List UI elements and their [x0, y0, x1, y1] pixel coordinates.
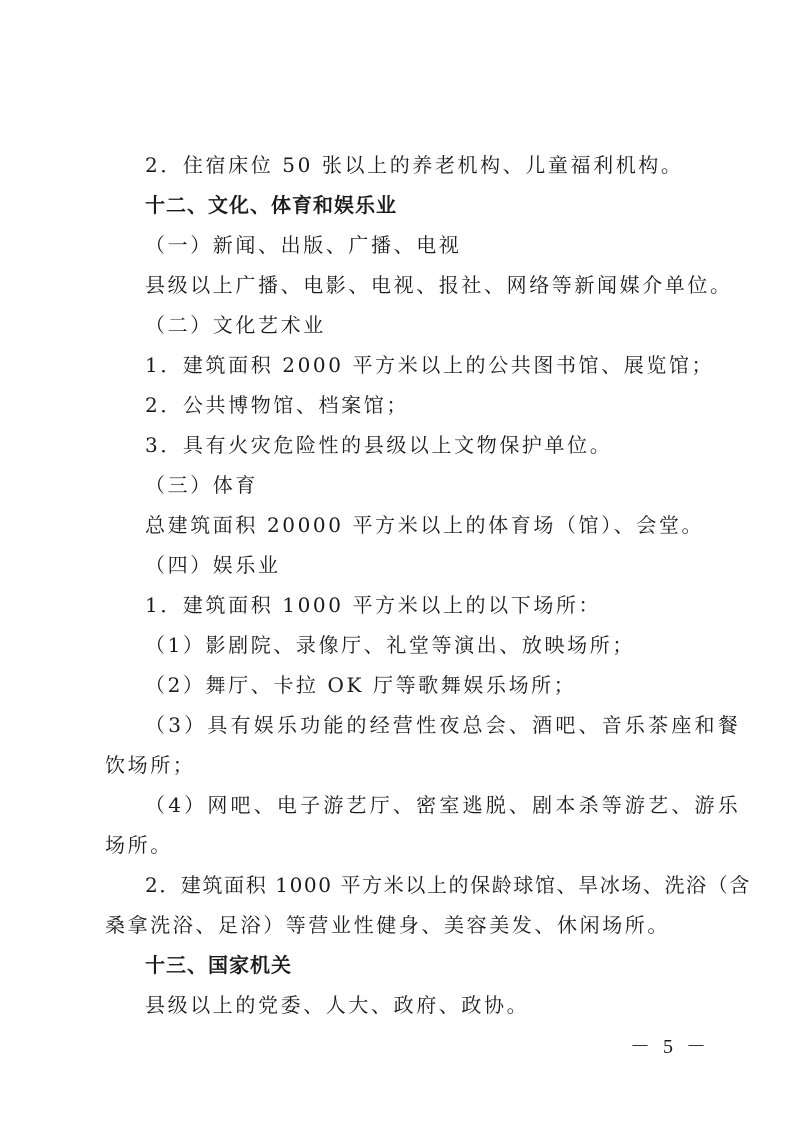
- paragraph: 县级以上广播、电影、电视、报社、网络等新闻媒介单位。: [105, 265, 695, 305]
- list-item: 1．建筑面积 2000 平方米以上的公共图书馆、展览馆；: [105, 345, 695, 385]
- list-item: （2）舞厅、卡拉 OK 厅等歌舞娱乐场所；: [105, 665, 695, 705]
- list-item-continuation: 饮场所；: [105, 745, 695, 785]
- subsection-heading: （三）体育: [105, 465, 695, 505]
- section-heading: 十二、文化、体育和娱乐业: [105, 185, 695, 225]
- page-number: － 5 －: [630, 1030, 710, 1059]
- list-item-continuation: 桑拿洗浴、足浴）等营业性健身、美容美发、休闲场所。: [105, 905, 695, 945]
- list-item: （1）影剧院、录像厅、礼堂等演出、放映场所；: [105, 625, 695, 665]
- list-item: 2．公共博物馆、档案馆；: [105, 385, 695, 425]
- list-item-continuation: 场所。: [105, 825, 695, 865]
- list-item: （4）网吧、电子游艺厅、密室逃脱、剧本杀等游艺、游乐: [105, 785, 695, 825]
- paragraph: 县级以上的党委、人大、政府、政协。: [105, 985, 695, 1025]
- subsection-heading: （一）新闻、出版、广播、电视: [105, 225, 695, 265]
- section-heading: 十三、国家机关: [105, 945, 695, 985]
- document-body: 2．住宿床位 50 张以上的养老机构、儿童福利机构。 十二、文化、体育和娱乐业 …: [105, 145, 695, 1025]
- list-item: 1．建筑面积 1000 平方米以上的以下场所：: [105, 585, 695, 625]
- document-page: 2．住宿床位 50 张以上的养老机构、儿童福利机构。 十二、文化、体育和娱乐业 …: [0, 0, 793, 1122]
- list-item: （3）具有娱乐功能的经营性夜总会、酒吧、音乐茶座和餐: [105, 705, 695, 745]
- list-item: 2．建筑面积 1000 平方米以上的保龄球馆、旱冰场、洗浴（含: [105, 865, 695, 905]
- subsection-heading: （二）文化艺术业: [105, 305, 695, 345]
- list-item: 3．具有火灾危险性的县级以上文物保护单位。: [105, 425, 695, 465]
- paragraph: 总建筑面积 20000 平方米以上的体育场（馆）、会堂。: [105, 505, 695, 545]
- subsection-heading: （四）娱乐业: [105, 545, 695, 585]
- list-item: 2．住宿床位 50 张以上的养老机构、儿童福利机构。: [105, 145, 695, 185]
